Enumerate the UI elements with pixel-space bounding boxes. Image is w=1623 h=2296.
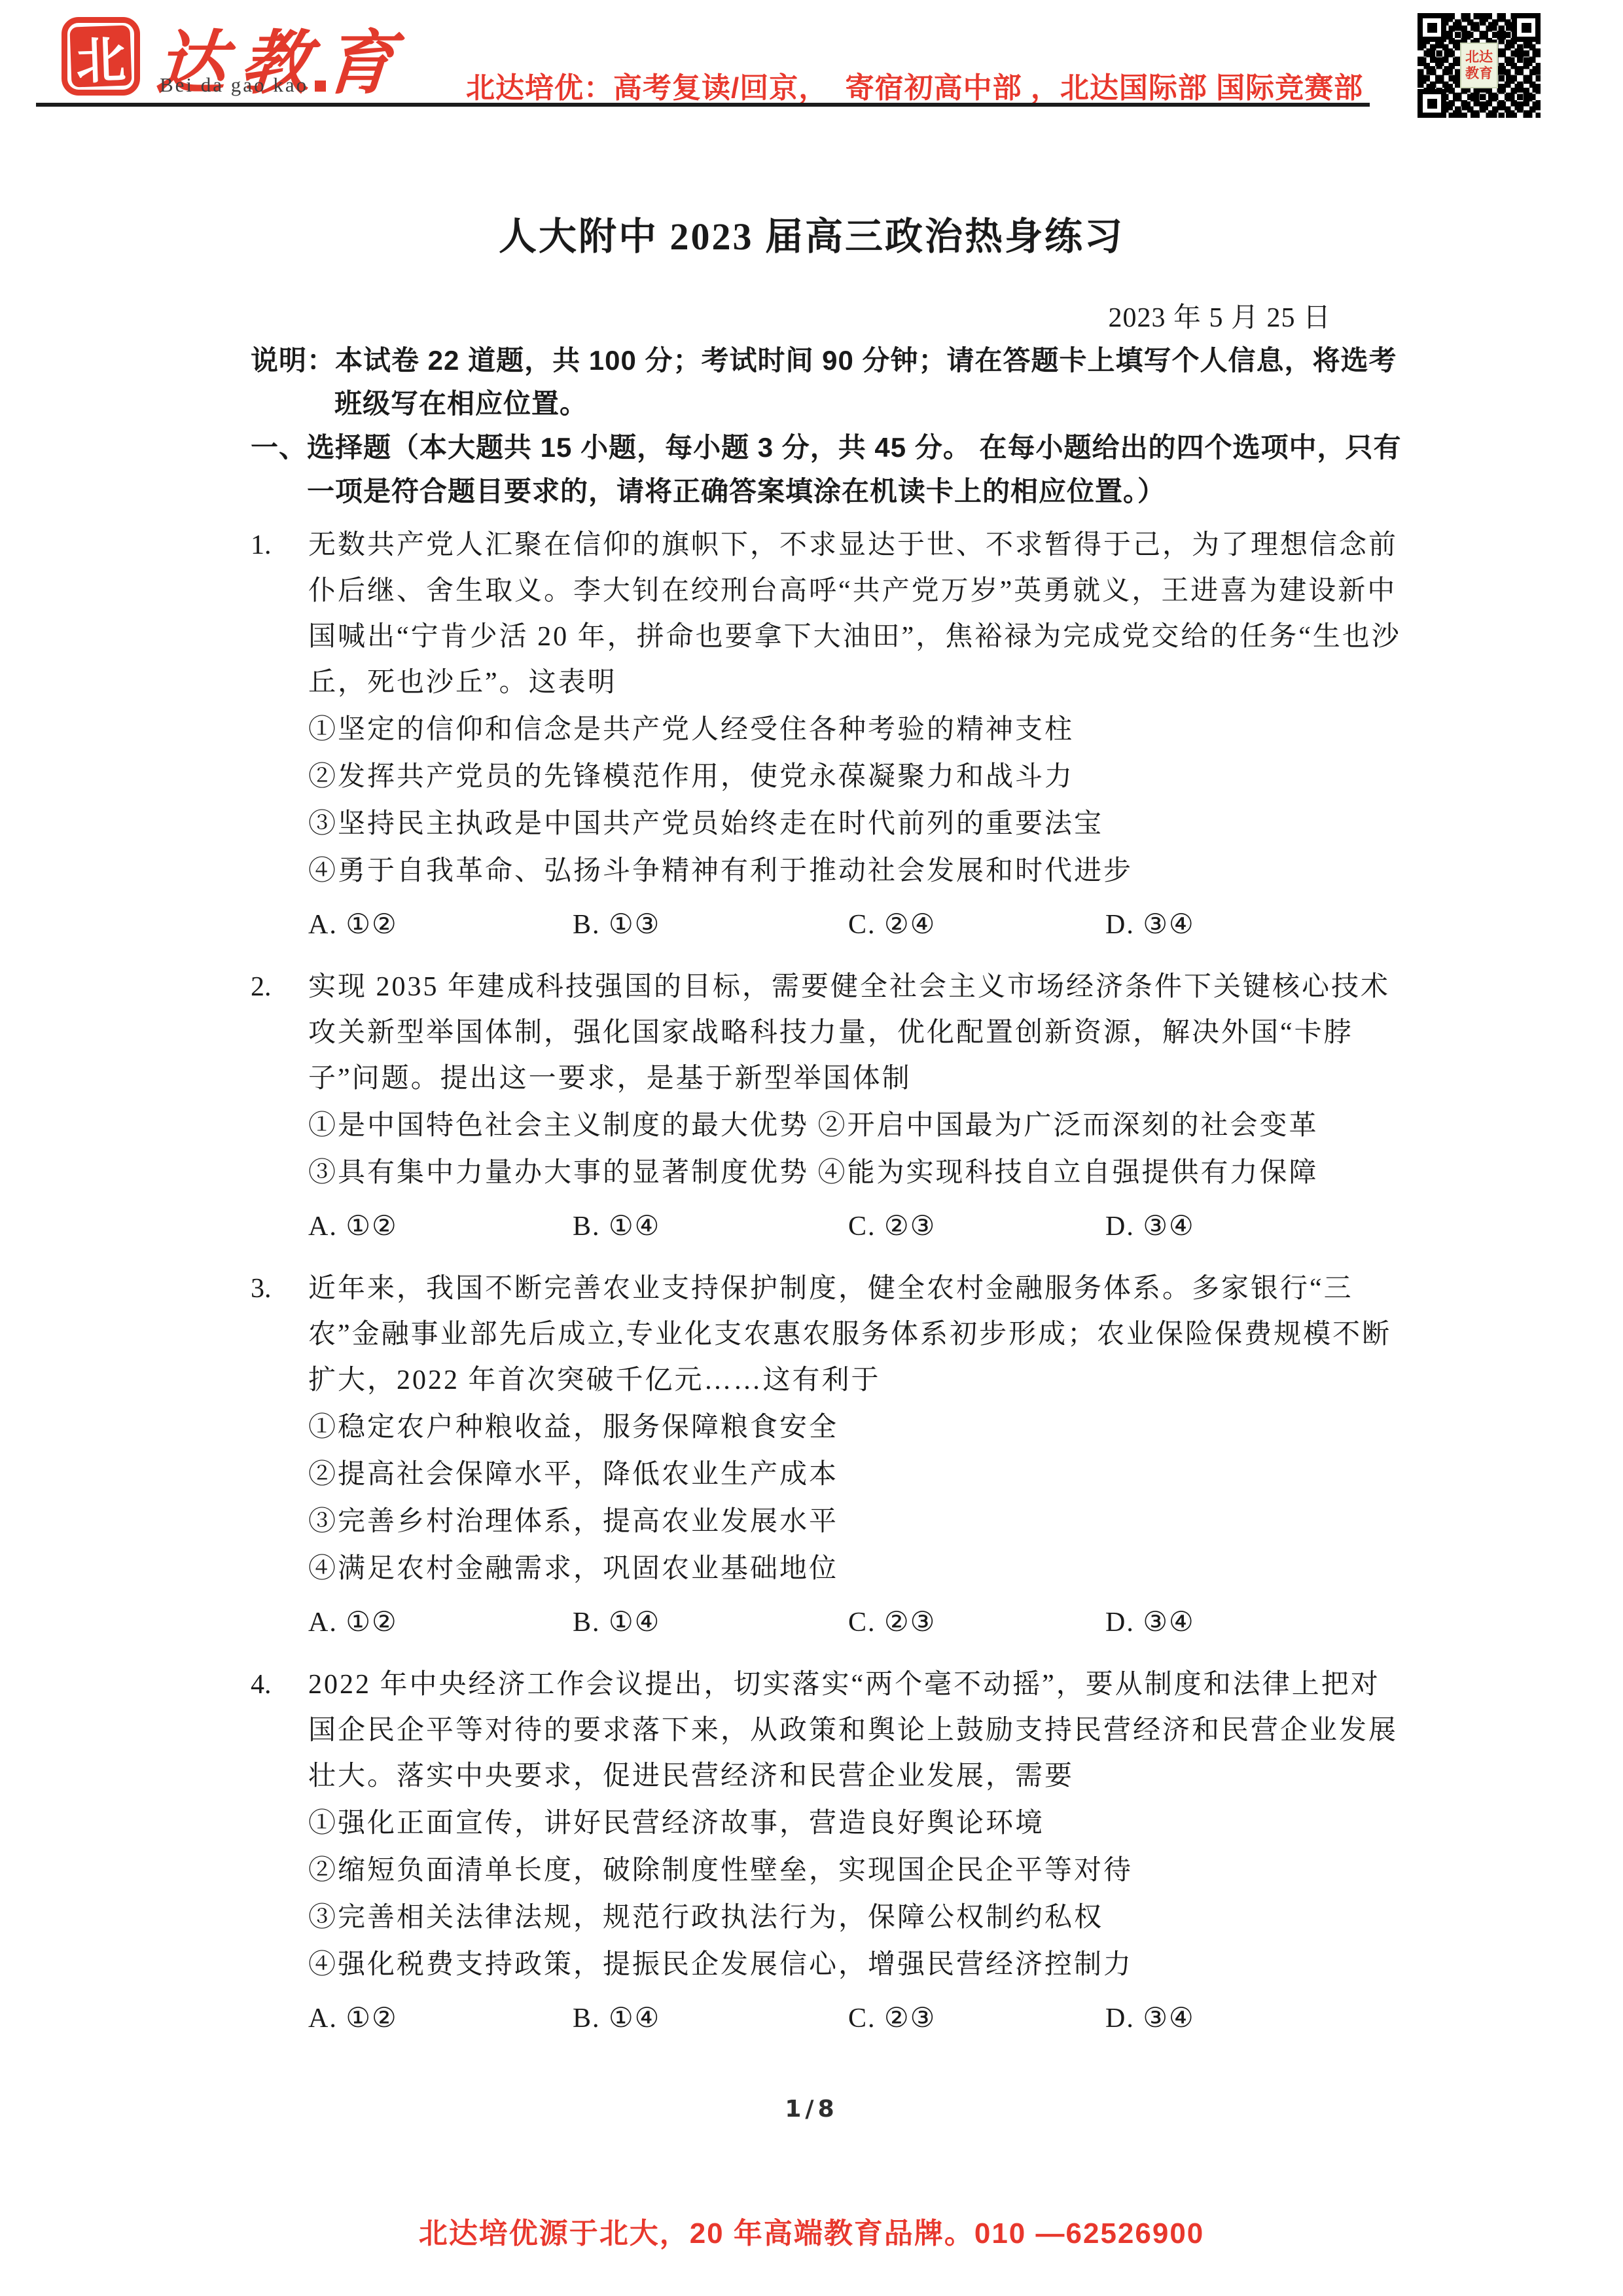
header-tagline: 北达培优：高考复读/回京， 寄宿初高中部 ，北达国际部 国际竞赛部 <box>466 64 1363 106</box>
beida-logo-seal-icon: 北 <box>62 17 140 96</box>
section-text: 选择题（本大题共 15 小题，每小题 3 分，共 45 分。 在每小题给出的四个… <box>307 432 1402 507</box>
question-stem: 2022 年中央经济工作会议提出，切实落实“两个毫不动摇”，要从制度和法律上把对… <box>308 1662 1404 1799</box>
choice-item: ④强化税费支持政策，提振民企发展信心，增强民营经济控制力 <box>308 1942 1404 1988</box>
choice-item: ②发挥共产党员的先锋模范作用，使党永葆凝聚力和战斗力 <box>308 754 1404 800</box>
answer-option: D. ③④ <box>1105 1204 1404 1249</box>
choice-item: ③坚持民主执政是中国共产党员始终走在时代前列的重要法宝 <box>308 801 1404 847</box>
qr-finder-icon <box>1418 89 1446 118</box>
answer-options-row: A. ①② B. ①④ C. ②③ D. ③④ <box>308 1996 1404 2041</box>
question-number: 3. <box>251 1266 272 1312</box>
choice-item: ③具有集中力量办大事的显著制度优势 ④能为实现科技自立自强提供有力保障 <box>308 1150 1404 1196</box>
question-number: 1. <box>251 522 272 568</box>
question-number: 2. <box>251 964 272 1010</box>
question-4: 4. 2022 年中央经济工作会议提出，切实落实“两个毫不动摇”，要从制度和法律… <box>251 1662 1404 2041</box>
choice-item: ③完善乡村治理体系，提高农业发展水平 <box>308 1499 1404 1545</box>
choice-item: ④满足农村金融需求，巩固农业基础地位 <box>308 1546 1404 1592</box>
answer-option: B. ①④ <box>573 1996 848 2041</box>
answer-option: A. ①② <box>308 1204 573 1249</box>
qr-finder-icon <box>1512 13 1541 42</box>
qr-center-logo: 北达教育 <box>1460 43 1498 88</box>
answer-options-row: A. ①② B. ①④ C. ②③ D. ③④ <box>308 1204 1404 1249</box>
choice-item: ③完善相关法律法规，规范行政执法行为，保障公权制约私权 <box>308 1895 1404 1941</box>
choice-item: ①是中国特色社会主义制度的最大优势 ②开启中国最为广泛而深刻的社会变革 <box>308 1103 1404 1149</box>
question-list: 1. 无数共产党人汇聚在信仰的旗帜下，不求显达于世、不求暂得于己，为了理想信念前… <box>251 522 1404 2058</box>
exam-document-page: 北 达教育 Bei da gao kao 北达培优：高考复读/回京， 寄宿初高中… <box>0 0 1623 2296</box>
exam-date: 2023 年 5 月 25 日 <box>1108 296 1331 335</box>
choice-item: ①坚定的信仰和信念是共产党人经受住各种考验的精神支柱 <box>308 707 1404 753</box>
choice-item: ①强化正面宣传，讲好民营经济故事，营造良好舆论环境 <box>308 1801 1404 1846</box>
header-divider <box>36 103 1370 107</box>
question-stem: 无数共产党人汇聚在信仰的旗帜下，不求显达于世、不求暂得于己，为了理想信念前仆后继… <box>308 522 1404 706</box>
page-number: 1/8 <box>0 2096 1623 2123</box>
qr-code: 北达教育 <box>1418 13 1541 118</box>
answer-option: A. ①② <box>308 1600 573 1645</box>
answer-options-row: A. ①② B. ①④ C. ②③ D. ③④ <box>308 1600 1404 1645</box>
logo-subtitle-text: Bei da gao kao <box>160 73 308 96</box>
answer-option: C. ②③ <box>848 1204 1105 1249</box>
choice-item: ①稳定农户种粮收益，服务保障粮食安全 <box>308 1405 1404 1450</box>
seal-character: 北 <box>69 25 132 87</box>
choice-item: ④勇于自我革命、弘扬斗争精神有利于推动社会发展和时代进步 <box>308 848 1404 894</box>
question-3: 3. 近年来，我国不断完善农业支持保护制度，健全农村金融服务体系。多家银行“三农… <box>251 1266 1404 1645</box>
question-stem: 近年来，我国不断完善农业支持保护制度，健全农村金融服务体系。多家银行“三农”金融… <box>308 1266 1404 1403</box>
question-1: 1. 无数共产党人汇聚在信仰的旗帜下，不求显达于世、不求暂得于己，为了理想信念前… <box>251 522 1404 948</box>
logo-subtitle: Bei da gao kao <box>160 73 326 97</box>
footer-slogan: 北达培优源于北大，20 年高端教育品牌。010 —62526900 <box>0 2210 1623 2251</box>
answer-option: B. ①④ <box>573 1204 848 1249</box>
answer-option: B. ①③ <box>573 902 848 948</box>
qr-finder-icon <box>1418 13 1446 42</box>
answer-options-row: A. ①② B. ①③ C. ②④ D. ③④ <box>308 902 1404 948</box>
choice-item: ②缩短负面清单长度，破除制度性壁垒，实现国企民企平等对待 <box>308 1848 1404 1893</box>
answer-option: A. ①② <box>308 902 573 948</box>
answer-option: C. ②④ <box>848 902 1105 948</box>
instructions-text: 本试卷 22 道题，共 100 分；考试时间 90 分钟；请在答题卡上填写个人信… <box>334 345 1397 419</box>
instructions-label: 说明： <box>251 345 335 376</box>
question-2: 2. 实现 2035 年建成科技强国的目标，需要健全社会主义市场经济条件下关键核… <box>251 964 1404 1249</box>
answer-option: D. ③④ <box>1105 1600 1404 1645</box>
section-heading: 一、选择题（本大题共 15 小题，每小题 3 分，共 45 分。 在每小题给出的… <box>251 425 1404 513</box>
question-number: 4. <box>251 1662 272 1708</box>
exam-instructions: 说明：本试卷 22 道题，共 100 分；考试时间 90 分钟；请在答题卡上填写… <box>251 339 1404 425</box>
question-stem: 实现 2035 年建成科技强国的目标，需要健全社会主义市场经济条件下关键核心技术… <box>308 964 1404 1102</box>
red-square-icon <box>315 81 326 92</box>
answer-option: A. ①② <box>308 1996 573 2041</box>
answer-option: C. ②③ <box>848 1600 1105 1645</box>
answer-option: C. ②③ <box>848 1996 1105 2041</box>
choice-item: ②提高社会保障水平，降低农业生产成本 <box>308 1452 1404 1498</box>
section-label: 一、 <box>251 432 307 463</box>
answer-option: D. ③④ <box>1105 1996 1404 2041</box>
page-title: 人大附中 2023 届高三政治热身练习 <box>0 206 1623 260</box>
answer-option: B. ①④ <box>573 1600 848 1645</box>
answer-option: D. ③④ <box>1105 902 1404 948</box>
